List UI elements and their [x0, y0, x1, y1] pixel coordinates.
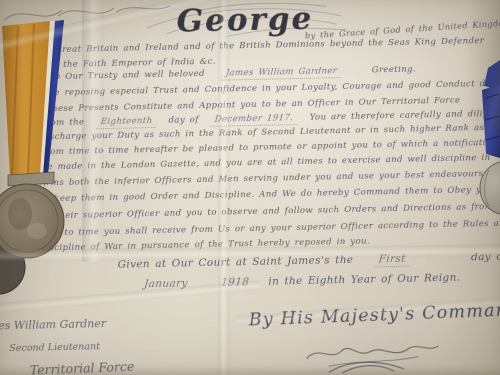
given-day-entry: First [374, 253, 410, 268]
silver-medal-disc [480, 161, 500, 215]
war-medal-with-ribbon [0, 0, 100, 310]
line-given-at-court: Given at Our Court at Saint James's the … [117, 251, 500, 273]
day-of-text: day of [168, 115, 198, 126]
given-month-entry: January [139, 277, 192, 291]
given-text: Given at Our Court at Saint James's the [117, 254, 353, 271]
blue-ribbon-medal [455, 50, 500, 220]
line-body-8: to keep them in good Order and Disciplin… [40, 185, 493, 204]
reign-year-text: in the Eighth Year of Our Reign. [268, 272, 460, 288]
commission-day-entry: Eighteenth [96, 116, 157, 129]
majestys-command-line: By His Majesty's Command [248, 300, 500, 330]
docket-force: Territorial Force [29, 359, 134, 375]
royal-name-title: George [176, 1, 313, 40]
given-year-entry: 1918 [216, 276, 253, 290]
line-given-year: January 1918 in the Eighth Year of Our R… [140, 272, 461, 292]
given-day-of-text: day of [471, 251, 500, 264]
officer-name-entry: James William Gardner [221, 66, 342, 81]
docket-officer-name: James William Gardner [0, 317, 106, 333]
line-body-10: time to time you shall receive from Us o… [39, 219, 500, 239]
countersign-flourish [324, 359, 414, 375]
greeting-text: Greeting. [372, 64, 416, 75]
commission-date-entry: December 1917. [210, 113, 298, 127]
docket-rank: Second Lieutenant [9, 341, 100, 354]
line-body-9: as their superior Officer and you to obs… [40, 202, 493, 221]
commission-document-photo: George by the Grace of God of the United… [0, 0, 500, 375]
